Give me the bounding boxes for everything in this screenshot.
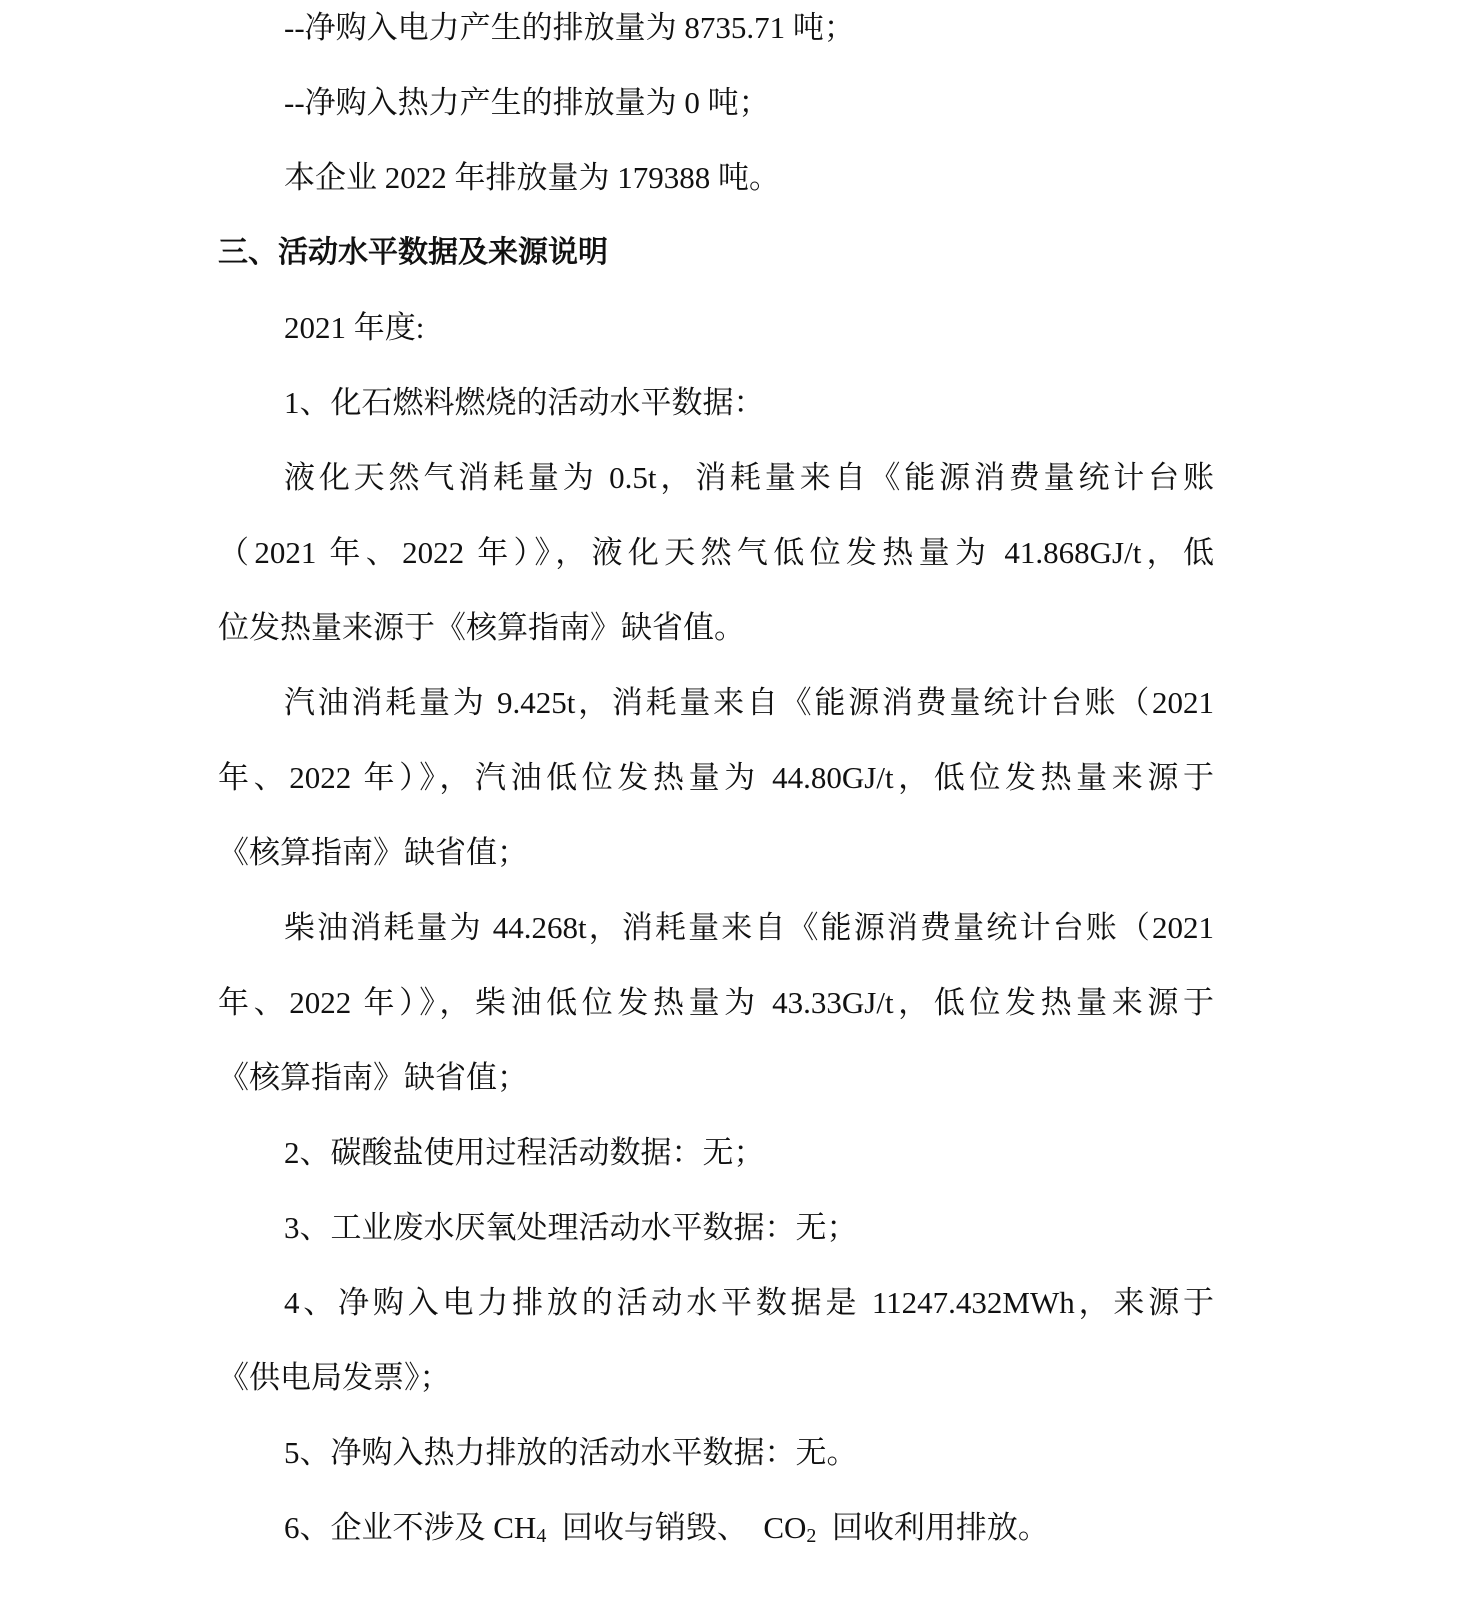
- text-line: 年、2022 年）》，柴油低位发热量为 43.33GJ/t，低位发热量来源于: [218, 965, 1214, 1040]
- text-line: 2021 年度:: [284, 290, 1214, 365]
- subscript-4: 4: [536, 1525, 546, 1547]
- text-line: 位发热量来源于《核算指南》缺省值。: [218, 590, 1214, 665]
- text-line: 汽油消耗量为 9.425t，消耗量来自《能源消费量统计台账（2021: [284, 665, 1214, 740]
- text-line: 《供电局发票》；: [218, 1340, 1214, 1415]
- text-line-last: 6、企业不涉及 CH4 回收与销毁、 CO2 回收利用排放。: [284, 1490, 1214, 1565]
- text-fragment: 回收利用排放。: [816, 1510, 1049, 1545]
- subscript-2: 2: [806, 1525, 816, 1547]
- text-line: 5、净购入热力排放的活动水平数据：无。: [284, 1415, 1214, 1490]
- text-line: （2021 年、2022 年）》，液化天然气低位发热量为 41.868GJ/t，…: [218, 515, 1214, 590]
- text-line: 《核算指南》缺省值；: [218, 815, 1214, 890]
- text-line: 《核算指南》缺省值；: [218, 1040, 1214, 1115]
- text-line: 柴油消耗量为 44.268t，消耗量来自《能源消费量统计台账（2021: [284, 890, 1214, 965]
- text-line: --净购入热力产生的排放量为 0 吨；: [284, 65, 1214, 140]
- text-line: 3、工业废水厌氧处理活动水平数据：无；: [284, 1190, 1214, 1265]
- text-fragment: 回收与销毁、 CO: [546, 1510, 806, 1545]
- text-line: 1、化石燃料燃烧的活动水平数据：: [284, 365, 1214, 440]
- text-line: 本企业 2022 年排放量为 179388 吨。: [284, 140, 1214, 215]
- text-line: 液化天然气消耗量为 0.5t，消耗量来自《能源消费量统计台账: [284, 440, 1214, 515]
- text-fragment: 6、企业不涉及 CH: [284, 1510, 536, 1545]
- text-line: 2、碳酸盐使用过程活动数据：无；: [284, 1115, 1214, 1190]
- section-heading: 三、活动水平数据及来源说明: [218, 215, 1214, 290]
- text-line: --净购入电力产生的排放量为 8735.71 吨；: [284, 0, 1214, 65]
- text-line: 4、净购入电力排放的活动水平数据是 11247.432MWh，来源于: [284, 1265, 1214, 1340]
- text-line: 年、2022 年）》，汽油低位发热量为 44.80GJ/t，低位发热量来源于: [218, 740, 1214, 815]
